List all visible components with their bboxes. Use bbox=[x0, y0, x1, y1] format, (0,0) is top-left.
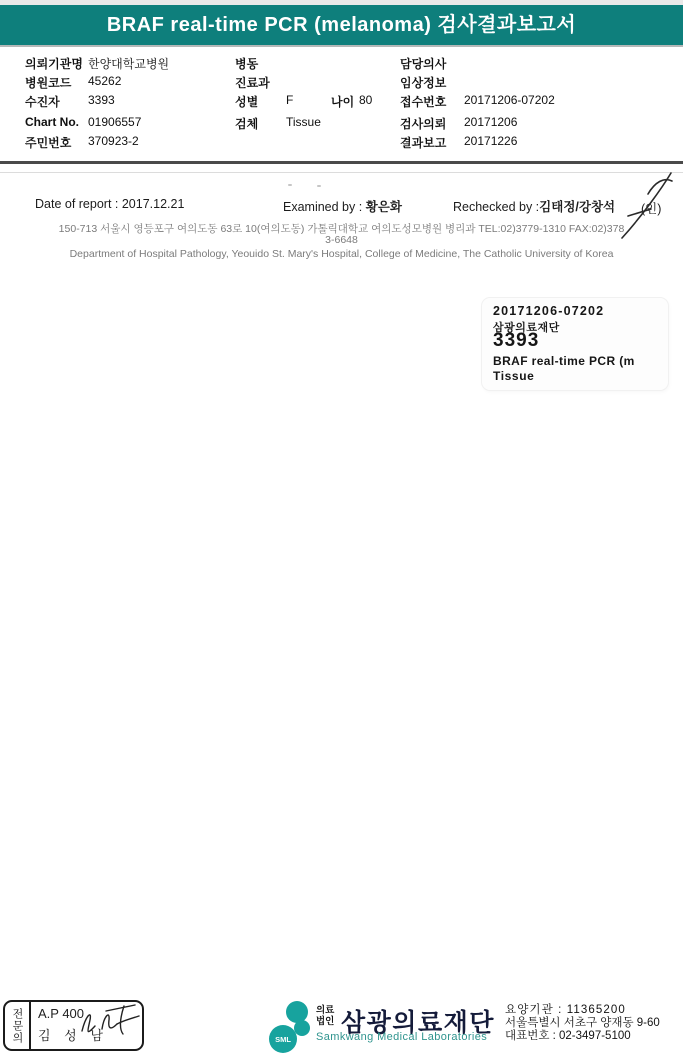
sticker-patient-no: 3393 bbox=[493, 330, 539, 352]
sticker-specimen: Tissue bbox=[493, 369, 534, 383]
scan-speck bbox=[288, 184, 292, 186]
field-requesting-org-value: 한양대학교병원 bbox=[88, 55, 169, 72]
field-sex-label: 성별 bbox=[235, 93, 258, 110]
sticker-test-name: BRAF real-time PCR (m bbox=[493, 354, 635, 368]
field-accession-no-value: 20171206-07202 bbox=[464, 93, 555, 107]
field-result-date-value: 20171226 bbox=[464, 134, 517, 148]
section-divider-light bbox=[0, 172, 683, 173]
field-resident-no-label: 주민번호 bbox=[25, 134, 71, 151]
org-type-label: 의료 법인 bbox=[316, 1005, 334, 1027]
stamp-role-label: 전문의 bbox=[5, 1002, 31, 1049]
doctor-signature bbox=[76, 1000, 144, 1042]
examined-by-label: Examined by : bbox=[283, 200, 366, 214]
field-request-date-label: 검사의뢰 bbox=[400, 115, 446, 132]
field-examinee-value: 3393 bbox=[88, 93, 115, 107]
org-type-line2: 법인 bbox=[316, 1016, 334, 1027]
field-examinee-label: 수진자 bbox=[25, 93, 60, 110]
examined-by: Examined by : 황은화 bbox=[283, 197, 402, 215]
rechecked-by: Rechecked by :김태정/강창석 bbox=[453, 197, 615, 215]
field-result-date-label: 결과보고 bbox=[400, 134, 446, 151]
field-ward-label: 병동 bbox=[235, 55, 258, 72]
hospital-address-line2: 3-6648 bbox=[0, 234, 683, 246]
scan-speck bbox=[317, 185, 321, 187]
field-specimen-value: Tissue bbox=[286, 115, 321, 129]
field-doctor-label: 담당의사 bbox=[400, 55, 446, 72]
specimen-sticker: 20171206-07202 삼광의료재단 3393 BRAF real-tim… bbox=[482, 298, 668, 390]
org-type-line1: 의료 bbox=[316, 1005, 334, 1016]
field-clinic-dept-label: 진료과 bbox=[235, 74, 270, 91]
field-sex-value: F bbox=[286, 93, 293, 107]
sticker-accession-no: 20171206-07202 bbox=[493, 304, 604, 318]
field-resident-no-value: 370923-2 bbox=[88, 134, 139, 148]
title-bar: BRAF real-time PCR (melanoma) 검사결과보고서 bbox=[0, 5, 683, 47]
report-title: BRAF real-time PCR (melanoma) 검사결과보고서 bbox=[0, 5, 683, 45]
section-divider-dark bbox=[0, 161, 683, 164]
field-request-date-value: 20171206 bbox=[464, 115, 517, 129]
field-clinical-info-label: 임상정보 bbox=[400, 74, 446, 91]
report-page: BRAF real-time PCR (melanoma) 검사결과보고서 의뢰… bbox=[0, 0, 683, 1060]
rechecked-signature bbox=[598, 170, 683, 242]
sml-logo-icon: SML bbox=[266, 1000, 316, 1058]
field-chart-no-label: Chart No. bbox=[25, 115, 79, 129]
rechecked-by-label: Rechecked by : bbox=[453, 200, 539, 214]
field-chart-no-value: 01906557 bbox=[88, 115, 141, 129]
examined-by-value: 황은화 bbox=[366, 200, 402, 214]
field-hospital-code-label: 병원코드 bbox=[25, 74, 71, 91]
field-hospital-code-value: 45262 bbox=[88, 74, 121, 88]
field-accession-no-label: 접수번호 bbox=[400, 93, 446, 110]
sml-logo-text: SML bbox=[275, 1035, 291, 1044]
date-of-report-value: 2017.12.21 bbox=[122, 197, 185, 211]
field-specimen-label: 검체 bbox=[235, 115, 258, 132]
org-name-english: Samkwang Medical Laboratories bbox=[316, 1031, 487, 1043]
date-of-report: Date of report : 2017.12.21 bbox=[35, 197, 184, 211]
field-age-value: 80 bbox=[359, 93, 372, 107]
date-of-report-label: Date of report : bbox=[35, 197, 122, 211]
department-line: Department of Hospital Pathology, Yeouid… bbox=[0, 248, 683, 260]
field-requesting-org-label: 의뢰기관명 bbox=[25, 55, 83, 72]
field-age-label: 나이 bbox=[331, 93, 354, 110]
lab-phone: 대표번호 : 02-3497-5100 bbox=[505, 1027, 631, 1043]
